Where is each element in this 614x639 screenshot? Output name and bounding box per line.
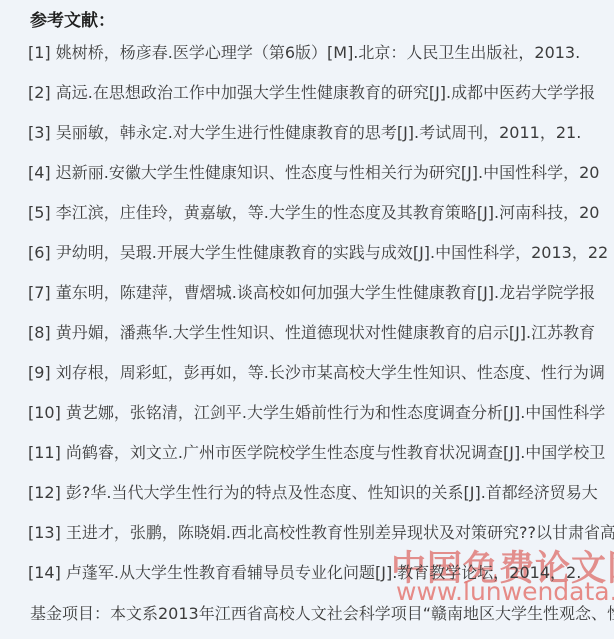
- document-page: 中国免费论文网 www.lunwendata.com 参考文献： [1] 姚树桥…: [0, 0, 614, 639]
- reference-item: [6] 尹幼明，吴瑕.开展大学生性健康教育的实践与成效[J].中国性科学，201…: [28, 240, 614, 280]
- fund-project-line: 基金项目：本文系2013年江西省高校人文社会科学项目“赣南地区大学生性观念、性: [30, 601, 614, 624]
- reference-item: [9] 刘存根，周彩虹，彭再如，等.长沙市某高校大学生性知识、性态度、性行为调: [28, 360, 614, 400]
- reference-item: [7] 董东明，陈建萍，曹熠城.谈高校如何加强大学生性健康教育[J].龙岩学院学…: [28, 280, 614, 320]
- reference-item: [3] 吴丽敏，韩永定.对大学生进行性健康教育的思考[J].考试周刊，2011，…: [28, 120, 614, 160]
- reference-item: [5] 李江滨，庄佳玲，黄嘉敏，等.大学生的性态度及其教育策略[J].河南科技，…: [28, 200, 614, 240]
- document-content: 参考文献： [1] 姚树桥，杨彦春.医学心理学（第6版）[M].北京：人民卫生出…: [0, 0, 614, 639]
- reference-item: [10] 黄艺娜，张铭清，江剑平.大学生婚前性行为和性态度调查分析[J].中国性…: [28, 400, 614, 440]
- reference-item: [1] 姚树桥，杨彦春.医学心理学（第6版）[M].北京：人民卫生出版社，201…: [28, 40, 614, 80]
- reference-item: [11] 尚鹤睿，刘文立.广州市医学院校学生性态度与性教育状况调查[J].中国学…: [28, 440, 614, 480]
- reference-item: [12] 彭?华.当代大学生性行为的特点及性态度、性知识的关系[J].首都经济贸…: [28, 480, 614, 520]
- reference-item: [14] 卢蓬军.从大学生性教育看辅导员专业化问题[J].教育教学论坛，2014…: [28, 560, 614, 600]
- reference-item: [13] 王进才，张鹏，陈晓娟.西北高校性教育性别差异现状及对策研究??以甘肃省…: [28, 520, 614, 560]
- reference-item: [8] 黄丹媚，潘燕华.大学生性知识、性道德现状对性健康教育的启示[J].江苏教…: [28, 320, 614, 360]
- reference-item: [2] 高远.在思想政治工作中加强大学生性健康教育的研究[J].成都中医药大学学…: [28, 80, 614, 120]
- references-heading: 参考文献：: [30, 6, 115, 31]
- reference-item: [4] 迟新丽.安徽大学生性健康知识、性态度与性相关行为研究[J].中国性科学，…: [28, 160, 614, 200]
- references-list: [1] 姚树桥，杨彦春.医学心理学（第6版）[M].北京：人民卫生出版社，201…: [28, 40, 614, 600]
